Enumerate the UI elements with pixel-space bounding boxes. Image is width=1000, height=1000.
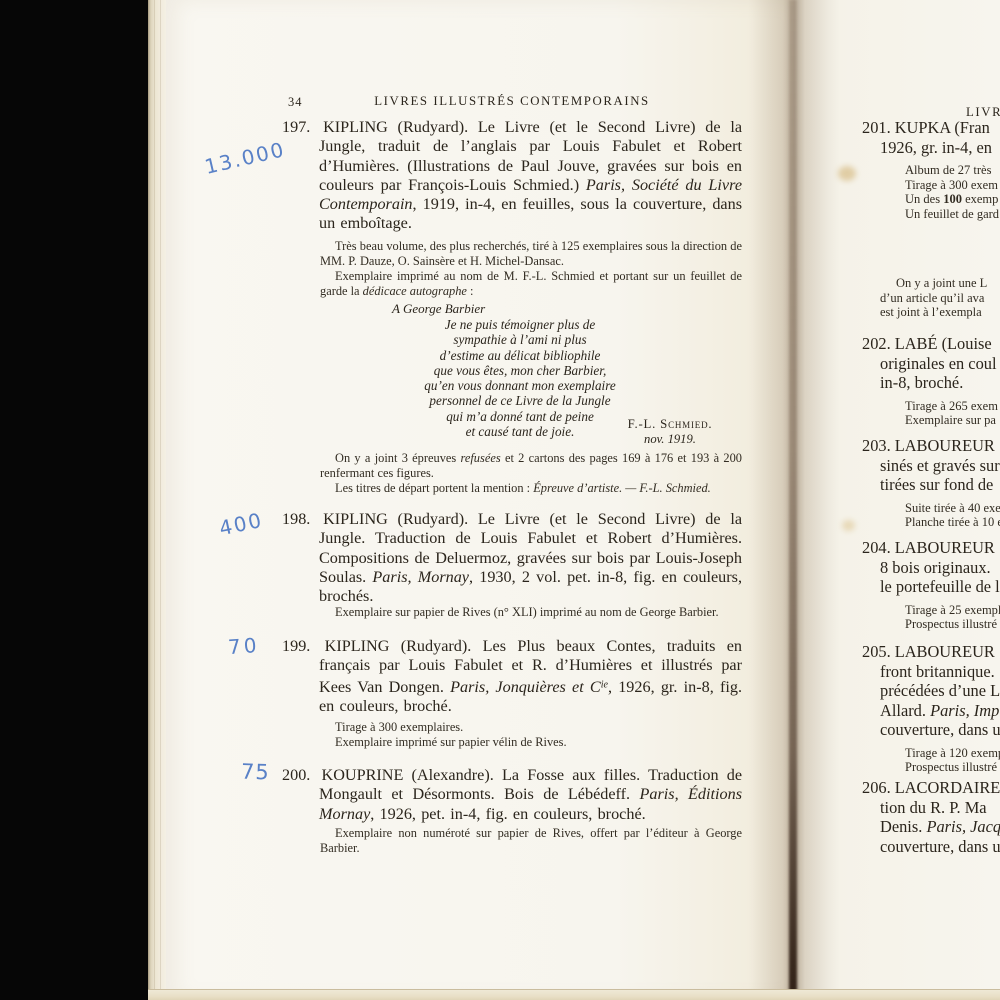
note-line: Tirage à 265 exem xyxy=(862,399,1000,414)
poem-line: qu’en vous donnant mon exemplaire xyxy=(370,378,670,393)
catalog-entry: 197. KIPLING (Rudyard). Le Livre (et le … xyxy=(282,118,742,234)
catalog-entry: 204.LABOUREUR 8 bois originaux. le porte… xyxy=(862,538,1000,632)
dedication-signature: F.-L. Schmied. nov. 1919. xyxy=(595,417,745,447)
entry-line-text: LABOUREUR xyxy=(895,436,995,455)
entry-line: 206.LACORDAIRE xyxy=(862,778,1000,798)
note-line: Exemplaire sur papier de Rives (n° XLI) … xyxy=(320,605,742,620)
note-line: Exemplaire imprimé au nom de M. F.-L. Sc… xyxy=(320,269,742,299)
entry-number: 204. xyxy=(862,538,891,557)
note-line: On y a joint 3 épreuves refusées et 2 ca… xyxy=(320,451,742,481)
entry-line-text: LABÉ (Louise xyxy=(895,334,992,353)
note-line: Suite tirée à 40 exe xyxy=(862,501,1000,516)
signature-name: F.-L. Schmied. xyxy=(595,417,745,432)
entry-line-text: LABOUREUR xyxy=(895,538,995,557)
entry-line: couverture, dans u xyxy=(862,837,1000,857)
entry-number: 199. xyxy=(282,637,310,655)
note-line: Très beau volume, des plus recherchés, t… xyxy=(320,239,742,269)
catalog-entry: 205.LABOUREUR front britannique. précédé… xyxy=(862,642,1000,775)
entry-number: 201. xyxy=(862,118,891,137)
entry-number: 198. xyxy=(282,510,310,528)
catalog-entry: 198. KIPLING (Rudyard). Le Livre (et le … xyxy=(282,510,742,606)
note-line: Exemplaire sur pa xyxy=(862,413,1000,428)
entry-body-text: KIPLING (Rudyard). Le Livre (et le Secon… xyxy=(319,510,742,605)
entry-text: 198. KIPLING (Rudyard). Le Livre (et le … xyxy=(282,510,742,606)
entry-line: sinés et gravés sur xyxy=(862,456,1000,476)
entry-line: 203.LABOUREUR xyxy=(862,436,1000,456)
stain xyxy=(838,166,856,181)
entry-number: 205. xyxy=(862,642,891,661)
note-line: Tirage à 25 exempl xyxy=(862,603,1000,618)
entry-number: 203. xyxy=(862,436,891,455)
entry-number: 200. xyxy=(282,766,310,784)
note-line: Tirage à 120 exemp xyxy=(862,746,1000,761)
entry-notes: On y a joint 3 épreuves refusées et 2 ca… xyxy=(320,451,742,496)
note-line: Tirage à 300 exem xyxy=(862,178,1000,193)
note-line: est joint à l’exempla xyxy=(862,305,1000,320)
entry-notes: Album de 27 très Tirage à 300 exem Un de… xyxy=(862,163,1000,221)
note-line: Prospectus illustré xyxy=(862,617,1000,632)
entry-notes: On y a joint une L d’un article qu’il av… xyxy=(862,276,1000,320)
bottom-page-edges xyxy=(148,989,1000,1000)
note-line: Les titres de départ portent la mention … xyxy=(320,481,742,496)
note-line: Tirage à 300 exemplaires. xyxy=(320,720,742,735)
poem-line: d’estime au délicat bibliophile xyxy=(370,348,670,363)
entry-notes: Très beau volume, des plus recherchés, t… xyxy=(320,239,742,299)
catalog-entry: 206.LACORDAIRE tion du R. P. Ma Denis. P… xyxy=(862,778,1000,856)
catalog-entry: 203.LABOUREUR sinés et gravés sur tirées… xyxy=(862,436,1000,530)
dedication-salutation: A George Barbier xyxy=(392,301,485,317)
entry-line-text: KUPKA (Fran xyxy=(895,118,990,137)
entry-line: 1926, gr. in-4, en xyxy=(862,138,1000,158)
entry-line-text: LACORDAIRE xyxy=(895,778,1000,797)
entry-body-text: KIPLING (Rudyard). Les Plus beaux Contes… xyxy=(319,637,742,715)
entry-notes: Tirage à 265 exem Exemplaire sur pa xyxy=(862,399,1000,428)
note-line: Exemplaire imprimé sur papier vélin de R… xyxy=(320,735,742,750)
handwritten-price: 75 xyxy=(241,760,271,785)
entry-line: tirées sur fond de xyxy=(862,475,1000,495)
entry-line: 8 bois originaux. xyxy=(862,558,1000,578)
entry-line: précédées d’une L xyxy=(862,681,1000,701)
entry-line: in-8, broché. xyxy=(862,373,1000,393)
entry-number: 197. xyxy=(282,118,310,136)
note-line: Prospectus illustré xyxy=(862,760,1000,775)
entry-notes: Tirage à 300 exemplaires. Exemplaire imp… xyxy=(320,720,742,750)
note-line: Un feuillet de gard xyxy=(862,207,1000,222)
entry-line: originales en coul xyxy=(862,354,1000,374)
entry-line: 202.LABÉ (Louise xyxy=(862,334,1000,354)
entry-notes: Suite tirée à 40 exe Planche tirée à 10 … xyxy=(862,501,1000,530)
entry-line: 205.LABOUREUR xyxy=(862,642,1000,662)
running-header-left: LIVRES ILLUSTRÉS CONTEMPORAINS xyxy=(282,94,742,109)
signature-date: nov. 1919. xyxy=(595,432,745,447)
catalog-entry: 202.LABÉ (Louise originales en coul in-8… xyxy=(862,334,1000,428)
note-line: On y a joint une L xyxy=(862,276,1000,291)
entry-notes: Tirage à 120 exemp Prospectus illustré xyxy=(862,746,1000,775)
entry-text: 199. KIPLING (Rudyard). Les Plus beaux C… xyxy=(282,637,742,717)
entry-line: front britannique. xyxy=(862,662,1000,682)
note-line: Album de 27 très xyxy=(862,163,1000,178)
catalog-entry: 201.KUPKA (Fran 1926, gr. in-4, en Album… xyxy=(862,118,1000,221)
page-fore-edge xyxy=(148,0,166,1000)
note-line: Exemplaire non numéroté sur papier de Ri… xyxy=(320,826,742,856)
poem-line: personnel de ce Livre de la Jungle xyxy=(370,393,670,408)
entry-line: Denis. Paris, Jacq xyxy=(862,817,1000,837)
stain xyxy=(842,520,855,531)
poem-line: que vous êtes, mon cher Barbier, xyxy=(370,363,670,378)
entry-line: couverture, dans u xyxy=(862,720,1000,740)
gutter-crease xyxy=(789,0,797,1000)
note-line: Un des 100 exemp xyxy=(862,192,1000,207)
entry-body-text: KOUPRINE (Alexandre). La Fosse aux fille… xyxy=(319,766,742,823)
entry-notes: Exemplaire sur papier de Rives (n° XLI) … xyxy=(320,605,742,620)
entry-body-text: KIPLING (Rudyard). Le Livre (et le Secon… xyxy=(319,118,742,232)
catalog-entry: 200. KOUPRINE (Alexandre). La Fosse aux … xyxy=(282,766,742,824)
note-line: Planche tirée à 10 e xyxy=(862,515,1000,530)
entry-line: le portefeuille de l xyxy=(862,577,1000,597)
entry-number: 206. xyxy=(862,778,891,797)
poem-line: sympathie à l’ami ni plus xyxy=(370,332,670,347)
entry-text: 197. KIPLING (Rudyard). Le Livre (et le … xyxy=(282,118,742,234)
note-line: d’un article qu’il ava xyxy=(862,291,1000,306)
entry-notes: Tirage à 25 exempl Prospectus illustré xyxy=(862,603,1000,632)
entry-line-text: LABOUREUR xyxy=(895,642,995,661)
entry-line: 201.KUPKA (Fran xyxy=(862,118,1000,138)
poem-line: Je ne puis témoigner plus de xyxy=(370,317,670,332)
entry-line: Allard. Paris, Imp xyxy=(862,701,1000,721)
entry-number: 202. xyxy=(862,334,891,353)
catalog-entry: 199. KIPLING (Rudyard). Les Plus beaux C… xyxy=(282,637,742,717)
entry-notes: Exemplaire non numéroté sur papier de Ri… xyxy=(320,826,742,856)
book-photo-stage: 34 LIVRES ILLUSTRÉS CONTEMPORAINS 197. K… xyxy=(0,0,1000,1000)
entry-line: tion du R. P. Ma xyxy=(862,798,1000,818)
entry-line: 204.LABOUREUR xyxy=(862,538,1000,558)
handwritten-price: 70 xyxy=(227,633,260,659)
entry-text: 200. KOUPRINE (Alexandre). La Fosse aux … xyxy=(282,766,742,824)
